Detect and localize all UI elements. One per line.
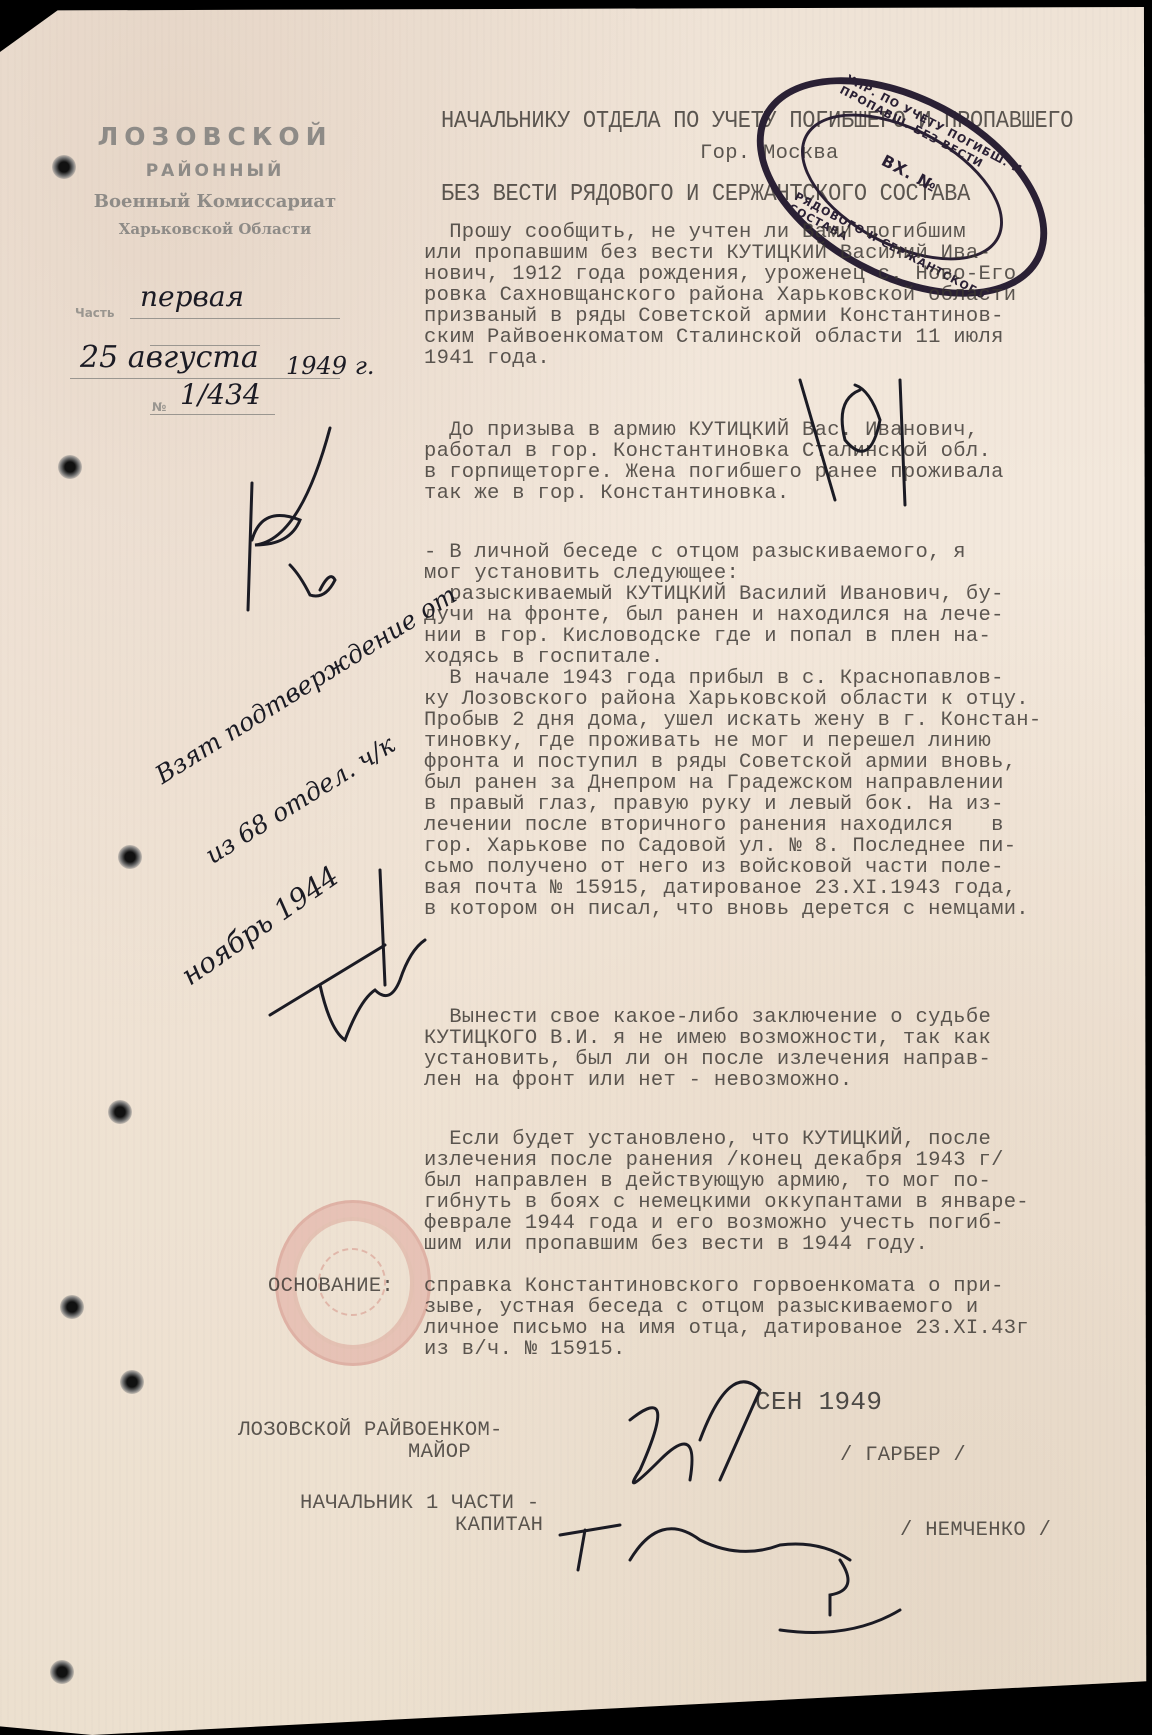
handwritten-marks (0, 0, 1152, 1735)
document-page: ЛОЗОВСКОЙ РАЙОННЫЙ Военный Комиссариат Х… (0, 0, 1152, 1735)
